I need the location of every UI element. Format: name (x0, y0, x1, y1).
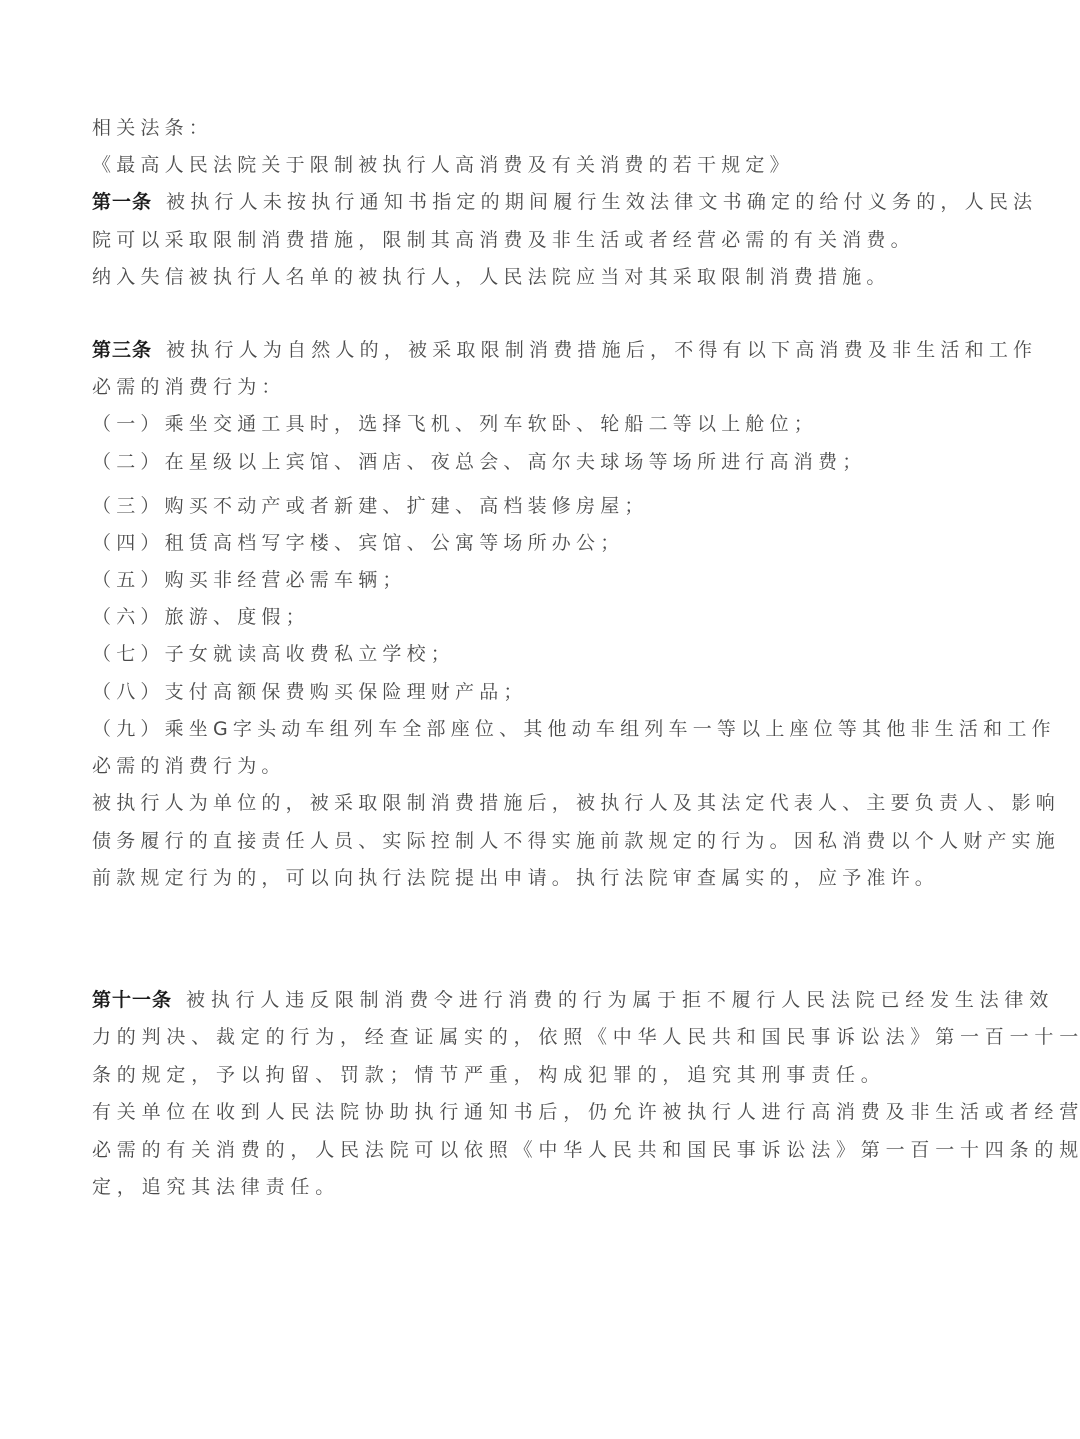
article-3-item-5: （五）购买非经营必需车辆； (92, 568, 407, 592)
article-3-item-8: （八）支付高额保费购买保险理财产品； (92, 680, 528, 704)
article-11-line-3: 条的规定，予以拘留、罚款；情节严重，构成犯罪的，追究其刑事责任。 (92, 1063, 886, 1087)
article-3-line-1: 第三条被执行人为自然人的，被采取限制消费措施后，不得有以下高消费及非生活和工作 (92, 338, 1037, 362)
article-3-item-9: （九）乘坐G字头动车组列车全部座位、其他动车组列车一等以上座位等其他非生活和工作 (92, 717, 1056, 741)
article-1-line-2: 院可以采取限制消费措施，限制其高消费及非生活或者经营必需的有关消费。 (92, 228, 915, 252)
article-11-line-1: 第十一条被执行人违反限制消费令进行消费的行为属于拒不履行人民法院已经发生法律效 (92, 988, 1054, 1012)
article-11-line-2: 力的判决、裁定的行为，经查证属实的，依照《中华人民共和国民事诉讼法》第一百一十一 (92, 1025, 1080, 1049)
article-1-label: 第一条 (92, 191, 152, 213)
article-3-item-3: （三）购买不动产或者新建、扩建、高档装修房屋； (92, 494, 649, 518)
article-11-line-6: 定，追究其法律责任。 (92, 1175, 340, 1199)
article-1-line-1: 第一条被执行人未按执行通知书指定的期间履行生效法律文书确定的给付义务的，人民法 (92, 190, 1037, 214)
article-3-label: 第三条 (92, 339, 152, 361)
article-3-para-2-line-3: 前款规定行为的，可以向执行法院提出申请。执行法院审查属实的，应予准许。 (92, 866, 939, 890)
article-3-para-2-line-2: 债务履行的直接责任人员、实际控制人不得实施前款规定的行为。因私消费以个人财产实施 (92, 829, 1060, 853)
article-3-item-9-cont: 必需的消费行为。 (92, 754, 286, 778)
article-11-line-4: 有关单位在收到人民法院协助执行通知书后，仍允许被执行人进行高消费及非生活或者经营 (92, 1100, 1080, 1124)
article-3-item-4: （四）租赁高档写字楼、宾馆、公寓等场所办公； (92, 531, 624, 555)
article-3-item-2: （二）在星级以上宾馆、酒店、夜总会、高尔夫球场等场所进行高消费； (92, 450, 866, 474)
article-11-label: 第十一条 (92, 989, 172, 1011)
article-3-item-1: （一）乘坐交通工具时，选择飞机、列车软卧、轮船二等以上舱位； (92, 412, 818, 436)
article-1-line-3: 纳入失信被执行人名单的被执行人，人民法院应当对其采取限制消费措施。 (92, 265, 891, 289)
heading: 相关法条： (92, 116, 213, 140)
law-title: 《最高人民法院关于限制被执行人高消费及有关消费的若干规定》 (92, 153, 794, 177)
article-11-line-5: 必需的有关消费的，人民法院可以依照《中华人民共和国民事诉讼法》第一百一十四条的规 (92, 1138, 1080, 1162)
article-3-line-2: 必需的消费行为： (92, 375, 286, 399)
article-3-item-7: （七）子女就读高收费私立学校； (92, 642, 455, 666)
article-3-item-6: （六）旅游、度假； (92, 605, 310, 629)
article-3-para-2-line-1: 被执行人为单位的，被采取限制消费措施后，被执行人及其法定代表人、主要负责人、影响 (92, 791, 1060, 815)
